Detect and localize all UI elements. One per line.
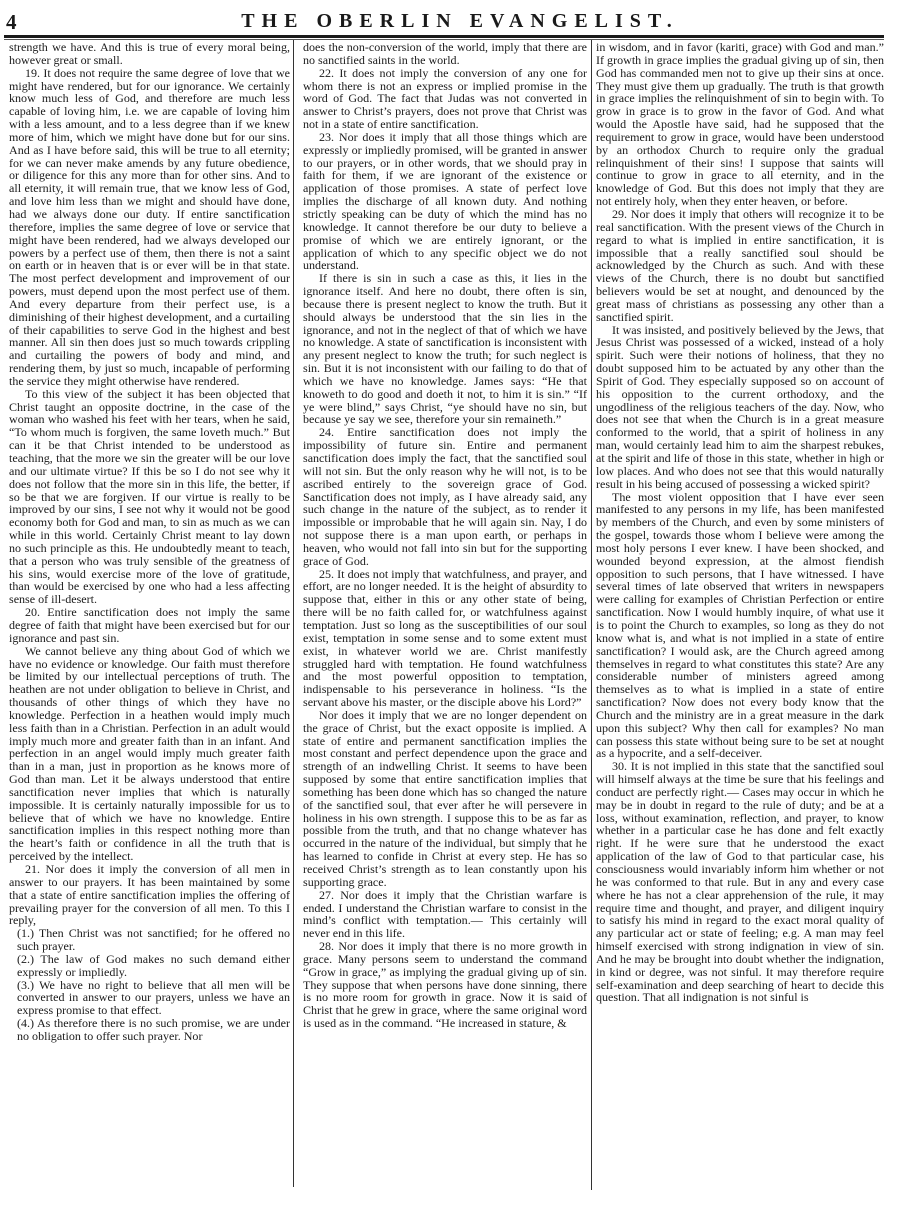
- article-paragraph: 30. It is not implied in this state that…: [596, 760, 884, 1004]
- article-paragraph: 25. It does not imply that watchfulness,…: [303, 568, 587, 709]
- article-paragraph: 28. Nor does it imply that there is no m…: [303, 940, 587, 1030]
- article-paragraph: 22. It does not imply the conversion of …: [303, 67, 587, 131]
- article-paragraph: We cannot believe any thing about God of…: [9, 645, 290, 863]
- newspaper-title: THE OBERLIN EVANGELIST.: [0, 10, 900, 33]
- article-paragraph: 24. Entire sanctification does not imply…: [303, 426, 587, 567]
- numbered-reply-item: (3.) We have no right to believe that al…: [9, 979, 290, 1018]
- column-divider: [591, 40, 592, 1190]
- column-divider: [293, 40, 294, 1187]
- article-paragraph: 23. Nor does it imply that all those thi…: [303, 131, 587, 272]
- article-column-1: strength we have. And this is true of ev…: [9, 41, 290, 1043]
- article-paragraph: It was insisted, and positively believed…: [596, 324, 884, 491]
- article-paragraph: 20. Entire sanctification does not imply…: [9, 606, 290, 645]
- numbered-reply-item: (4.) As therefore there is no such promi…: [9, 1017, 290, 1043]
- article-paragraph: To this view of the subject it has been …: [9, 388, 290, 606]
- article-paragraph: 27. Nor does it imply that the Christian…: [303, 889, 587, 940]
- masthead: 4 THE OBERLIN EVANGELIST.: [0, 0, 900, 38]
- numbered-reply-item: (1.) Then Christ was not sanctified; for…: [9, 927, 290, 953]
- article-column-2: does the non-conversion of the world, im…: [303, 41, 587, 1030]
- article-paragraph: If there is sin in such a case as this, …: [303, 272, 587, 426]
- article-column-3: in wisdom, and in favor (kariti, grace) …: [596, 41, 884, 1004]
- article-paragraph: 21. Nor does it imply the conversion of …: [9, 863, 290, 927]
- article-paragraph: strength we have. And this is true of ev…: [9, 41, 290, 67]
- article-paragraph: 19. It does not require the same degree …: [9, 67, 290, 388]
- article-paragraph: Nor does it imply that we are no longer …: [303, 709, 587, 889]
- article-paragraph: in wisdom, and in favor (kariti, grace) …: [596, 41, 884, 208]
- article-paragraph: does the non-conversion of the world, im…: [303, 41, 587, 67]
- article-paragraph: 29. Nor does it imply that others will r…: [596, 208, 884, 324]
- masthead-rule: [4, 35, 884, 38]
- article-paragraph: The most violent opposition that I have …: [596, 491, 884, 761]
- numbered-reply-item: (2.) The law of God makes no such demand…: [9, 953, 290, 979]
